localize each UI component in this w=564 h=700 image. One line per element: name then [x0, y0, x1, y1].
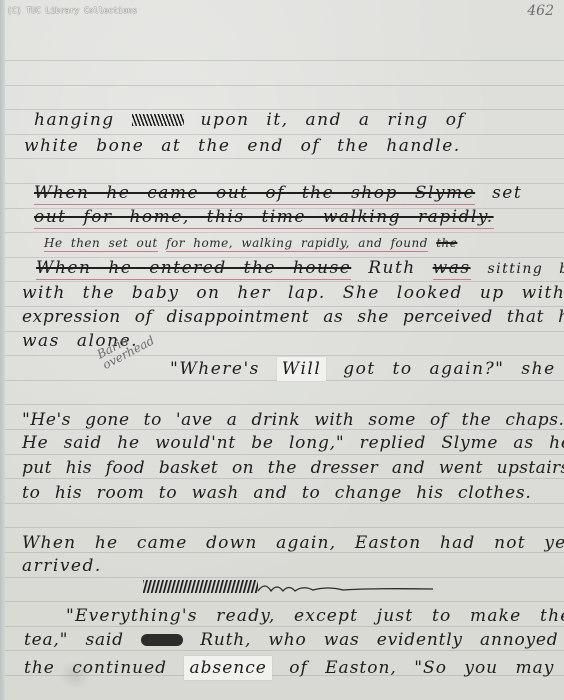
manuscript-line: "Where's Will got to again?" she asked. [170, 357, 564, 381]
struck-text: the [436, 236, 457, 250]
line-text: Ruth, who was evidently annoyed at [200, 630, 564, 650]
manuscript-line: white bone at the end of the handle. [24, 136, 461, 156]
pasted-correction-patch: absence [184, 656, 271, 680]
manuscript-line: When he came down again, Easton had not … [22, 533, 564, 553]
line-text: Ruth [368, 258, 416, 278]
manuscript-line: He said he would'nt be long," replied Sl… [22, 433, 564, 453]
struck-text: When he came out of the shop Slyme [34, 183, 475, 205]
pasted-correction-patch: Will [277, 357, 327, 381]
inserted-text: for home, walking rapidly, and found [166, 236, 428, 252]
ruled-line [5, 355, 564, 356]
manuscript-line: When he entered the house Ruth was sitti… [36, 258, 564, 278]
copyright-watermark: (C) TUC Library Collections [7, 6, 137, 15]
manuscript-line: to his room to wash and to change his cl… [22, 483, 532, 503]
line-text: white bone at the end of the handle. [24, 136, 461, 156]
struck-text: was [433, 258, 471, 280]
struck-text: out for home, this time walking rapidly. [34, 207, 494, 229]
manuscript-line: expression of disappointment as she perc… [22, 307, 564, 327]
manuscript-line: "Everything's ready, except just to make… [66, 606, 564, 626]
page-left-edge [0, 0, 5, 700]
line-text: sitting by the fire [487, 261, 564, 277]
line-text: the continued [24, 658, 167, 678]
line-text: put his food basket on the dresser and w… [22, 458, 564, 478]
line-text: "Everything's ready, except just to make… [66, 606, 564, 626]
line-text: hanging [34, 110, 115, 130]
manuscript-line: put his food basket on the dresser and w… [22, 458, 564, 478]
ruled-line [5, 478, 564, 479]
line-text: "Where's [170, 359, 260, 379]
line-text: When he came down again, Easton had not … [22, 533, 564, 553]
manuscript-page: (C) TUC Library Collections 462 hanging … [0, 0, 564, 700]
ruled-line [5, 134, 564, 135]
inserted-text: He then set out [44, 236, 158, 252]
manuscript-line: "He's gone to 'ave a drink with some of … [22, 410, 564, 430]
ruled-line [5, 60, 564, 61]
manuscript-line-struck: When he came out of the shop Slyme set [34, 183, 522, 203]
line-text: with the baby on her lap. She looked up … [22, 283, 564, 303]
ruled-line [5, 601, 564, 602]
scribbled-out-word [132, 114, 184, 126]
manuscript-line: with the baby on her lap. She looked up … [22, 283, 564, 303]
manuscript-line: tea," said Ruth, who was evidently annoy… [24, 630, 564, 650]
line-text: "He's gone to 'ave a drink with some of … [22, 410, 564, 430]
line-text: upon it, and a ring of [201, 110, 466, 130]
ruled-line [5, 650, 564, 651]
line-text: got to again?" she asked. [343, 359, 564, 379]
line-text: of Easton, "So you may as [289, 658, 564, 678]
ruled-line [5, 503, 564, 504]
ruled-line [5, 527, 564, 528]
line-text: tea," said [24, 630, 124, 650]
manuscript-line: hanging upon it, and a ring of [34, 110, 465, 130]
line-text: set [492, 183, 522, 203]
ruled-line [5, 85, 564, 86]
struck-text: When he entered the house [36, 258, 351, 280]
ruled-line [5, 158, 564, 159]
line-text: to his room to wash and to change his cl… [22, 483, 532, 503]
manuscript-line: arrived. [22, 556, 102, 576]
pencil-smudge [60, 660, 90, 690]
line-text: He said he would'nt be long," replied Sl… [22, 433, 564, 453]
scribbled-out-passage [143, 577, 433, 597]
manuscript-line-insertion: He then set out for home, walking rapidl… [44, 236, 457, 250]
manuscript-line: the continued absence of Easton, "So you… [24, 656, 564, 680]
ruled-line [5, 626, 564, 627]
ruled-line [5, 404, 564, 405]
ruled-line [5, 232, 564, 233]
ruled-line [5, 281, 564, 282]
manuscript-line-struck: out for home, this time walking rapidly. [34, 207, 494, 227]
line-text: expression of disappointment as she perc… [22, 307, 564, 327]
line-text: arrived. [22, 556, 102, 576]
page-number: 462 [527, 3, 554, 19]
ink-blot [141, 634, 183, 646]
ruled-line [5, 454, 564, 455]
